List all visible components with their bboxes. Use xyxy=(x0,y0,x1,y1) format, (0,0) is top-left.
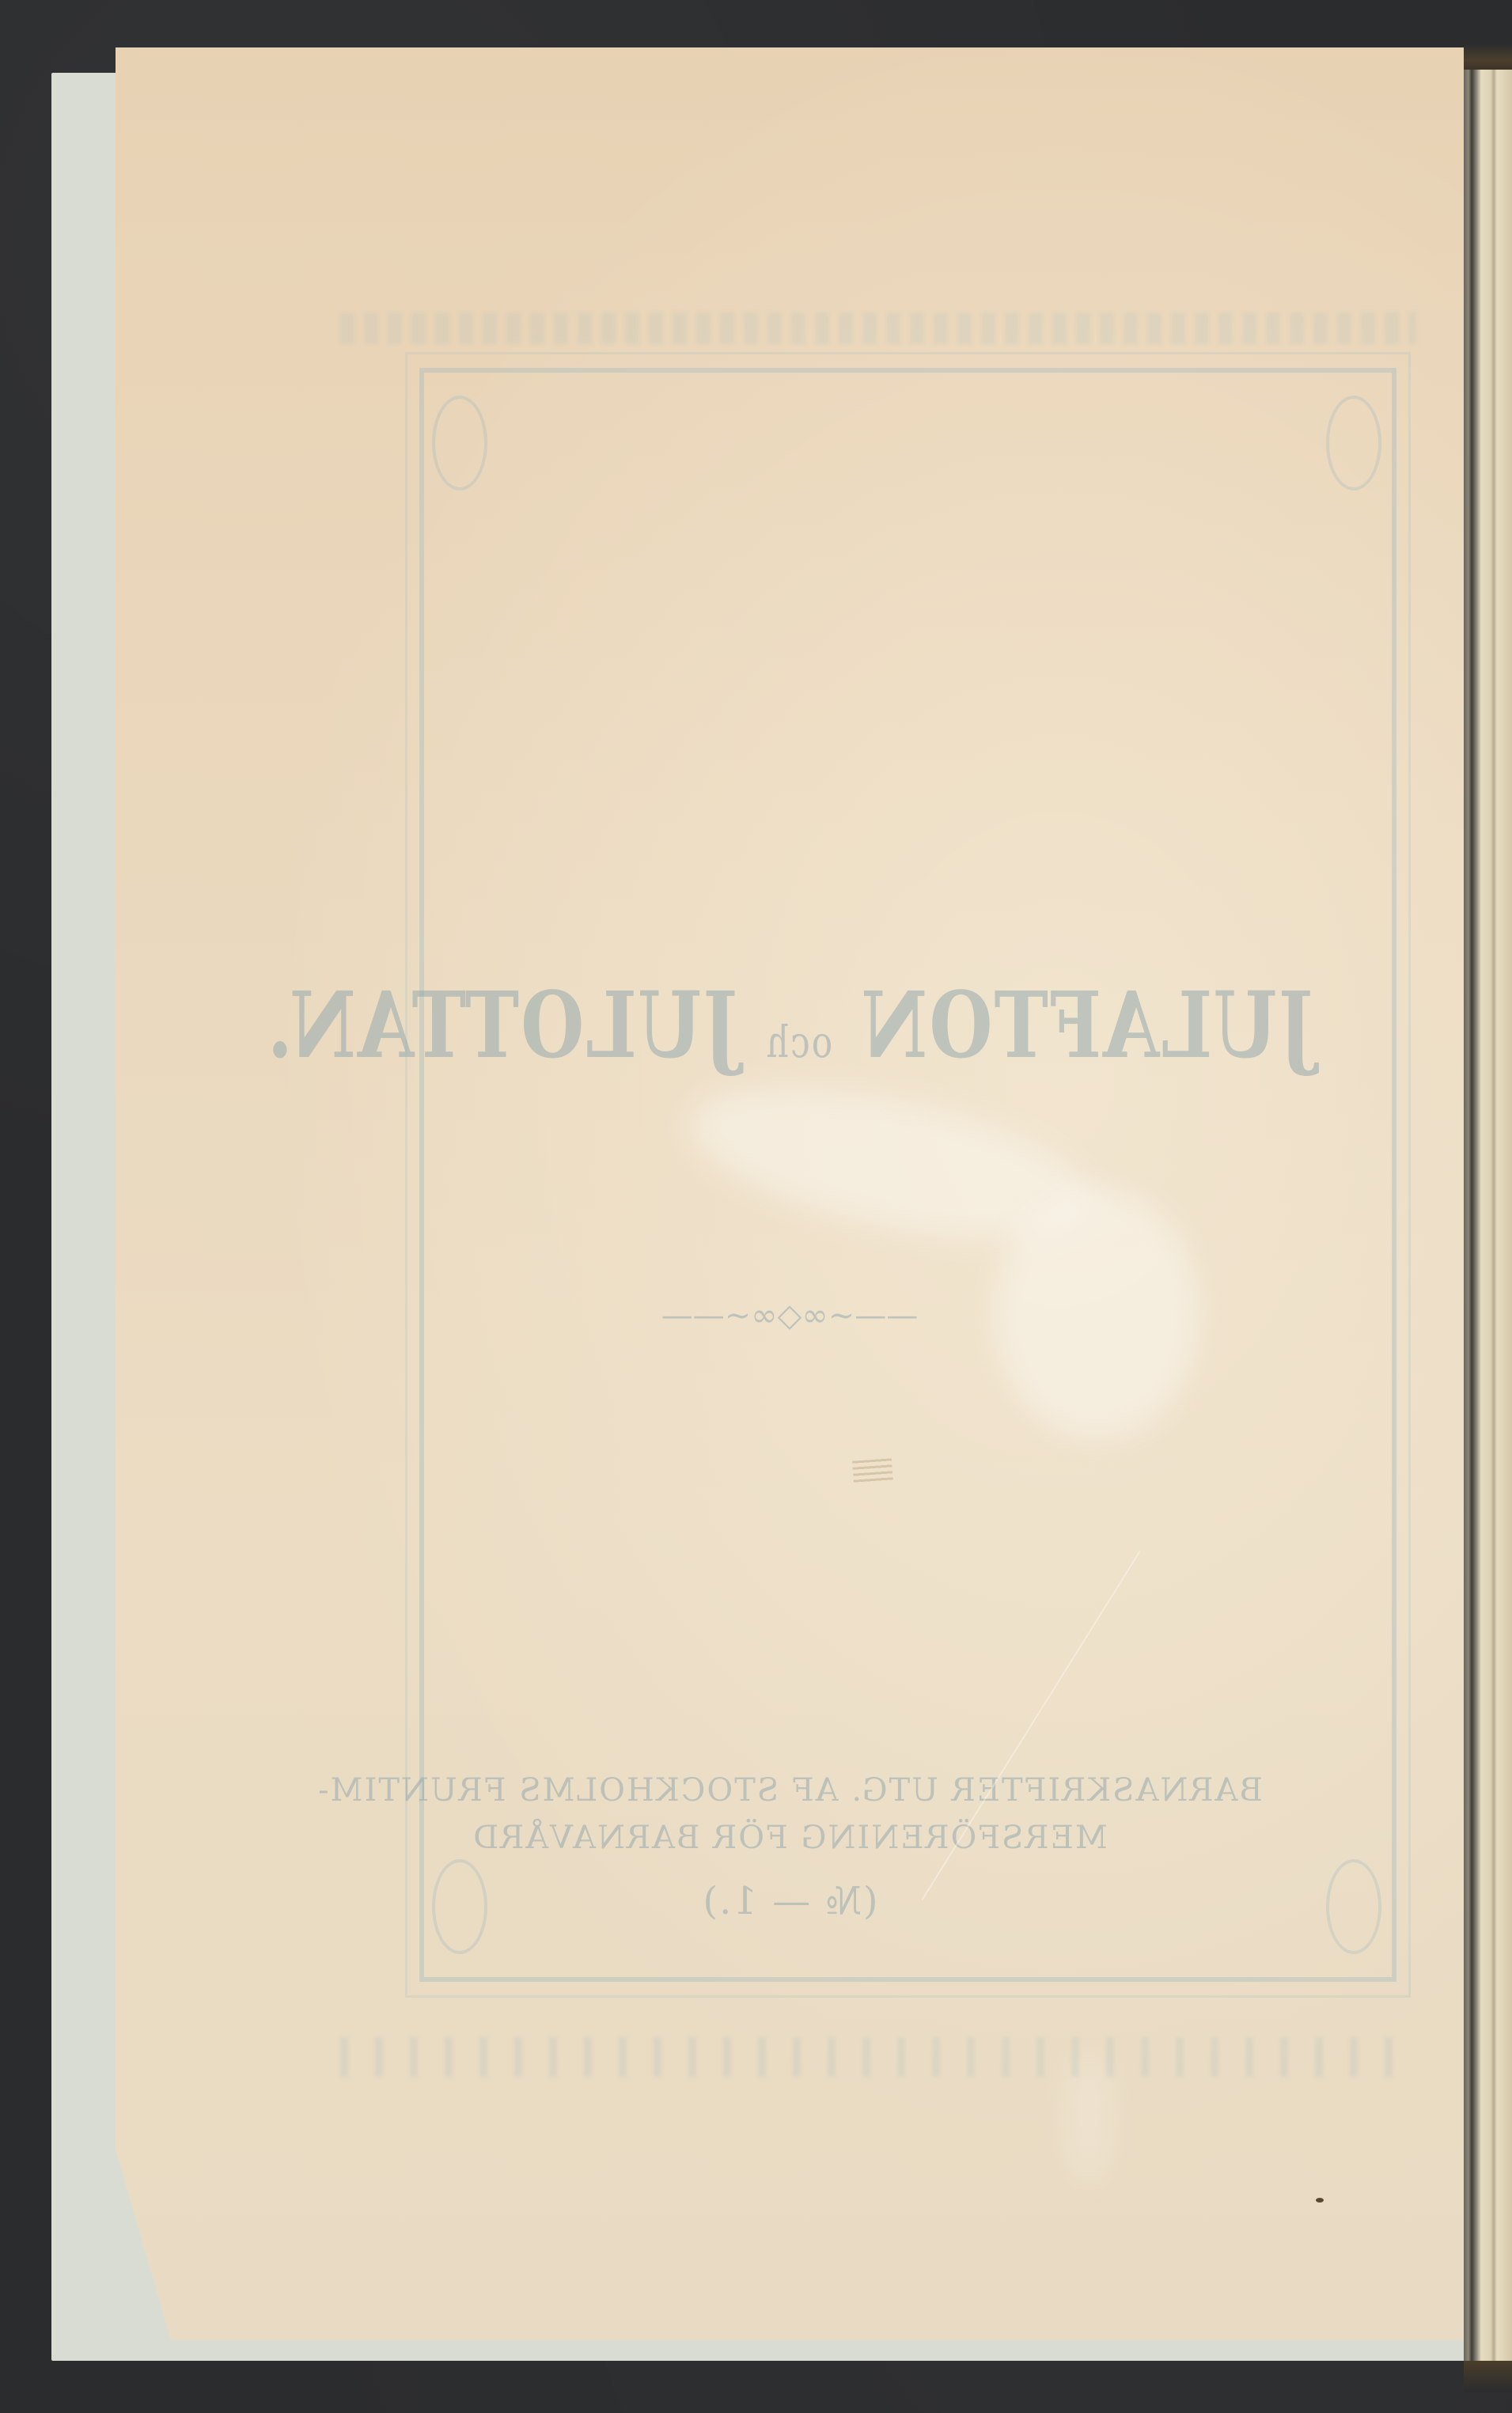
book-page-edges xyxy=(1464,70,1512,2364)
publisher-line-2-show-through: MERSFÖRENING FÖR BARNAVÅRD xyxy=(116,1820,1464,1856)
title-show-through: JULAFTON och JULOTTAN. xyxy=(116,972,1464,1079)
bottom-ornament-border-ghost xyxy=(340,2037,1416,2077)
frame-border-ghost xyxy=(419,368,1396,1982)
book-edge-bottom xyxy=(1464,2361,1512,2392)
top-ornament-border-ghost xyxy=(340,313,1416,344)
title-part-1: JULAFTON xyxy=(859,972,1313,1079)
corner-ornament-top-left xyxy=(432,396,487,491)
title-connector: och xyxy=(765,1017,832,1068)
paper-speck xyxy=(1316,2198,1324,2203)
pencil-mark xyxy=(852,1458,893,1484)
ornament-show-through: ——∽∞◇∞∽—— xyxy=(116,1297,1464,1334)
publisher-line-1-show-through: BARNASKRIFTER UTG. AF STOCKHOLMS FRUNTIM… xyxy=(116,1772,1464,1809)
corner-ornament-top-right xyxy=(1326,396,1381,491)
book-edge-top xyxy=(1464,44,1512,71)
book-page: JULAFTON och JULOTTAN. ——∽∞◇∞∽—— BARNASK… xyxy=(116,47,1464,2340)
title-part-2: JULOTTAN. xyxy=(266,972,738,1079)
series-number-show-through: (№ — 1.) xyxy=(116,1879,1464,1923)
